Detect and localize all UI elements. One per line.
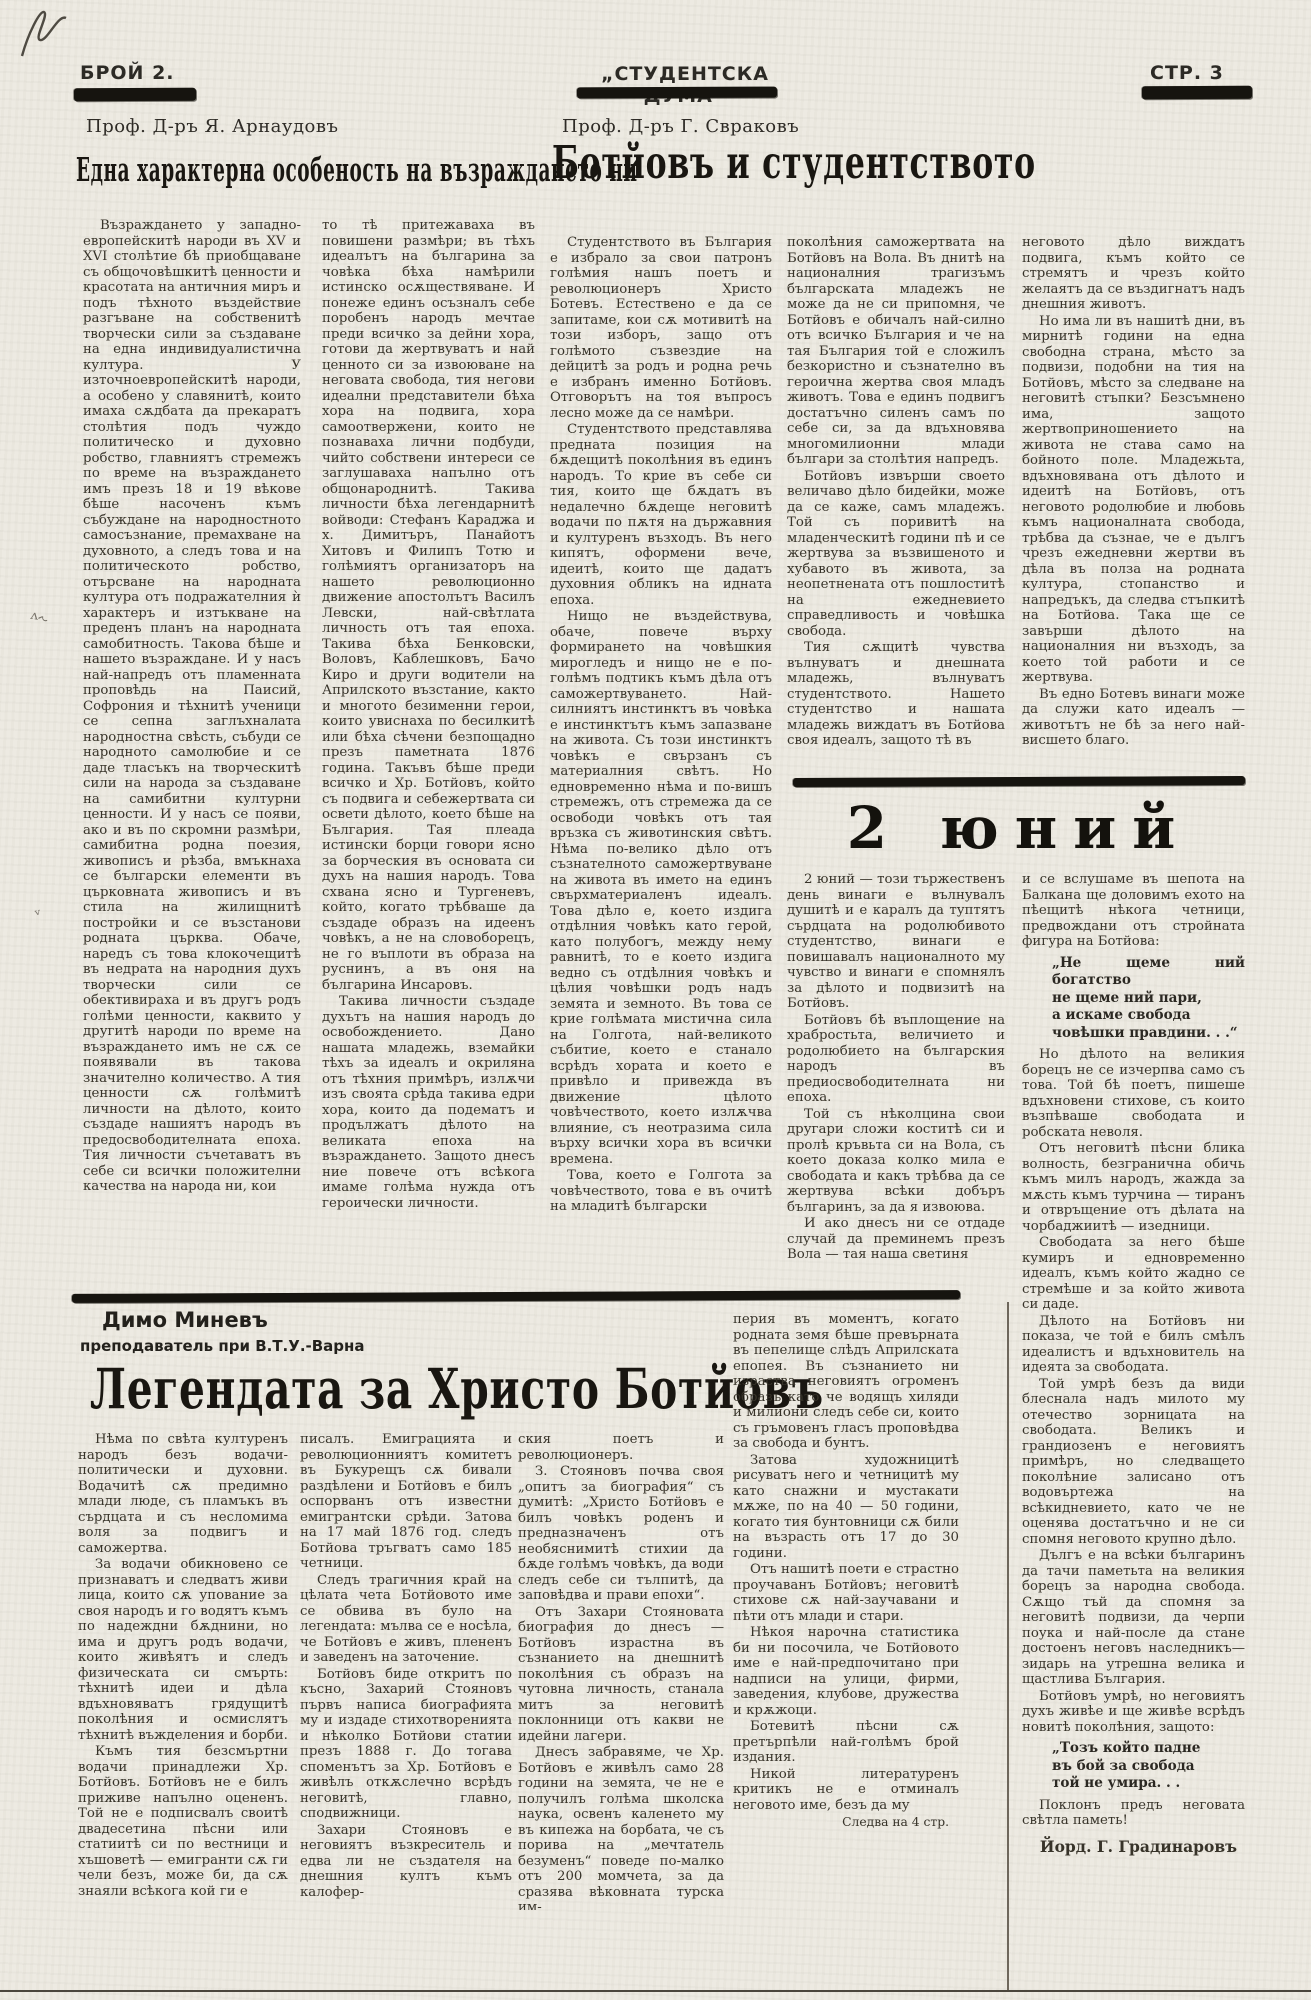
article1-column-2: то тѣ притежаваха въ повишени размѣри; в…: [322, 218, 535, 1282]
article2-author: Проф. Д-ръ Г. Свраковъ: [562, 116, 799, 137]
legend-section-rule: [72, 1290, 960, 1303]
legend-column-3: ския поетъ и революционеръ.З. Стояновъ п…: [518, 1432, 724, 1910]
article1-column-1: Възраждането у западно-европейскитѣ наро…: [83, 218, 301, 1282]
newspaper-page: ᶺ˞ ᵥ БРОЙ 2. „СТУДЕНТСКА ДУМА“ СТР. 3 Пр…: [0, 0, 1311, 2000]
legend-headline: Легендата за Христо Ботйовъ: [90, 1356, 824, 1421]
yuni-signature: Йорд. Г. Градинаровъ: [1022, 1839, 1245, 1855]
scan-smudge: ᶺ˞: [28, 607, 49, 634]
header-ink-bar-center: [577, 87, 777, 99]
yuni-column-1: 2 юний — този тържественъ день винаги е …: [787, 872, 1005, 1286]
legend-column-4: перия въ моментъ, когато родната земя бѣ…: [733, 1312, 959, 1912]
column-divider-rule: [1007, 1302, 1009, 1990]
bottom-rule: [0, 1990, 1311, 1992]
article2-column-3: неговото дѣло виждатъ подвига, къмъ койт…: [1022, 235, 1245, 771]
article1-author: Проф. Д-ръ Я. Арнаудовъ: [86, 116, 338, 137]
scan-smudge: ᵥ: [32, 900, 42, 920]
article2-column-1: Студентството въ България е избрало за с…: [550, 235, 772, 1283]
yuni-rule: [793, 776, 1245, 787]
legend-column-2: писалъ. Емиграцията и революционниятъ ко…: [300, 1432, 512, 1910]
legend-col4-text: перия въ моментъ, когато родната земя бѣ…: [733, 1312, 959, 1813]
header-ink-bar-left: [74, 88, 196, 102]
legend-author: Димо Миневъ: [102, 1308, 268, 1332]
page-number: СТР. 3: [1150, 62, 1224, 84]
article2-column-2: поколѣния саможертвата на Ботйовъ на Вол…: [787, 235, 1005, 771]
yuni-column-2: и се вслушаме въ шепота на Балкана ще до…: [1022, 872, 1245, 1912]
article2-headline: Ботйовъ и студентството: [552, 136, 1036, 189]
yuni-col2-mid: Но дѣлото на великия борецъ не се изчерп…: [1022, 1047, 1245, 1735]
yuni-poem-2: „Тозъ който падне въ бой за свобода той …: [1052, 1740, 1245, 1793]
continued-note: Следва на 4 стр.: [733, 1815, 959, 1831]
yuni-closing: Поклонъ предъ неговата свѣтла паметь!: [1022, 1798, 1245, 1829]
yuni-headline: 2 юний: [793, 794, 1245, 862]
legend-column-1: Нѣма по свѣта културенъ народъ безъ вода…: [78, 1432, 288, 1910]
header-ink-bar-right: [1142, 86, 1252, 99]
yuni-poem-1: „Не щеме ний богатство не щеме ний пари,…: [1052, 955, 1245, 1043]
yuni-col2-intro: и се вслушаме въ шепота на Балкана ще до…: [1022, 872, 1245, 950]
pen-squiggle-artifact: [14, 4, 84, 64]
legend-author-title: преподаватель при В.Т.У.-Варна: [80, 1337, 365, 1355]
issue-number: БРОЙ 2.: [80, 62, 175, 84]
masthead: „СТУДЕНТСКА ДУМА“: [560, 63, 810, 107]
